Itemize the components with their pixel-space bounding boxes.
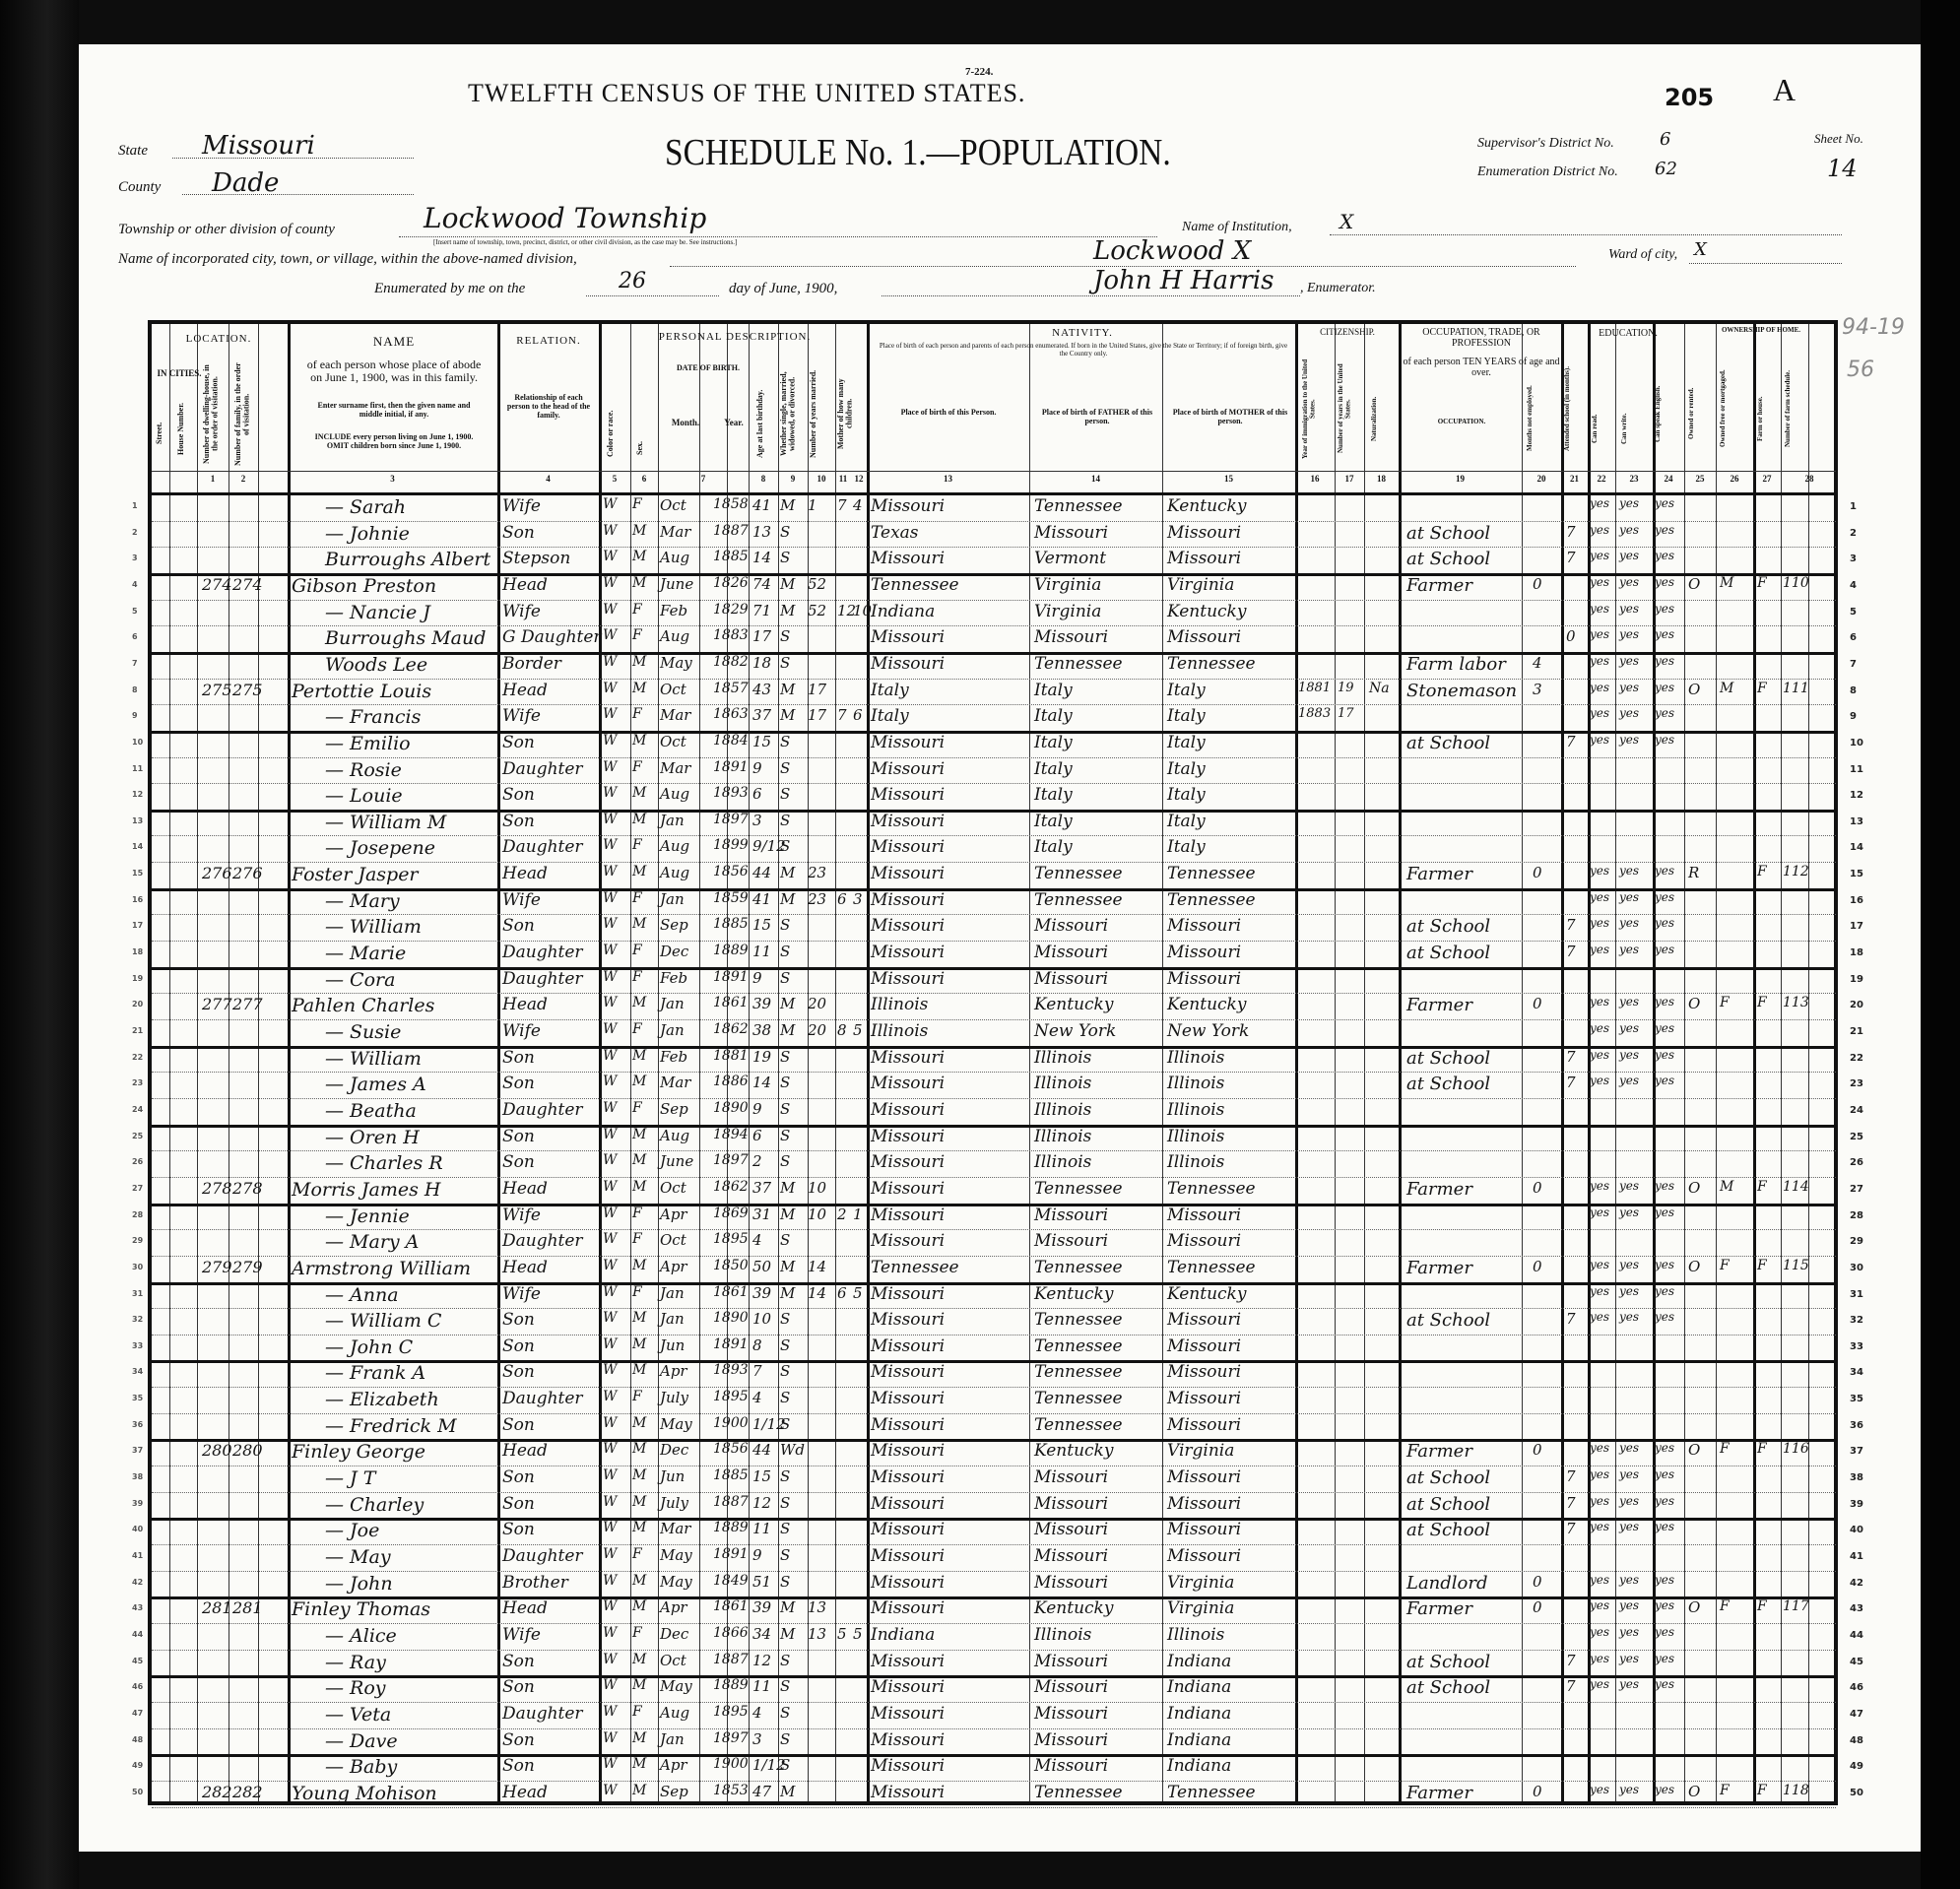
line-number: 40 (1850, 1525, 1863, 1535)
occupation: Farm labor (1406, 654, 1506, 675)
age: 6 (752, 785, 762, 803)
sex: M (632, 733, 646, 749)
birth-year: 1891 (713, 969, 749, 985)
marital-status: S (780, 549, 790, 566)
header-mother-of: Mother of how many children. (837, 364, 863, 463)
birthplace-father: Tennessee (1034, 890, 1123, 910)
children-living: 5 (853, 1284, 863, 1302)
enumeration-label: Enumeration District No. (1477, 164, 1618, 180)
line-number-left: 13 (132, 816, 143, 825)
person-name: — Emilio (325, 733, 411, 754)
color: W (603, 1652, 617, 1667)
column-number-5: 5 (599, 475, 630, 485)
can-write: yes (1619, 733, 1639, 747)
color: W (603, 785, 617, 801)
relation: Son (502, 1074, 535, 1093)
marital-status: S (780, 1389, 790, 1406)
farm-schedule-number: 111 (1783, 681, 1809, 696)
ward-label: Ward of city, (1608, 247, 1677, 263)
mother-of-children: 6 (837, 890, 847, 908)
relation: Son (502, 812, 535, 831)
birthplace-person: Italy (871, 681, 909, 700)
person-name: — Rosie (325, 759, 402, 781)
farm-schedule-number: 113 (1783, 995, 1809, 1010)
years-in-us: 19 (1338, 681, 1354, 695)
birthplace-person: Missouri (871, 1284, 945, 1304)
relation: Son (502, 523, 535, 543)
row-divider (152, 1282, 1836, 1285)
free-or-mortgaged: F (1720, 1783, 1730, 1798)
age: 74 (752, 575, 771, 593)
relation: Son (502, 785, 535, 805)
owned-or-rented: O (1688, 1258, 1700, 1275)
line-number-left: 38 (132, 1472, 143, 1481)
birthplace-mother: Italy (1167, 733, 1206, 752)
row-divider (152, 835, 1836, 836)
birthplace-mother: Illinois (1167, 1100, 1224, 1120)
occupation: at School (1406, 943, 1490, 963)
birth-month: June (660, 575, 693, 593)
header-name: NAME (291, 335, 497, 349)
line-number-left: 25 (132, 1132, 143, 1140)
line-number: 46 (1850, 1682, 1863, 1693)
birthplace-mother: Missouri (1167, 1389, 1241, 1408)
birth-month: Jan (660, 1310, 685, 1328)
birth-month: Jan (660, 890, 685, 908)
can-write: yes (1619, 706, 1639, 720)
birthplace-person: Missouri (871, 837, 945, 857)
family-number: 275 (232, 681, 263, 699)
color: W (603, 1362, 617, 1378)
column-divider (1029, 324, 1030, 1801)
row-divider (152, 1072, 1836, 1073)
birthplace-father: Missouri (1034, 1494, 1108, 1514)
color: W (603, 759, 617, 775)
can-speak-english: yes (1655, 1179, 1674, 1193)
color: W (603, 1127, 617, 1142)
sex: F (632, 496, 642, 512)
relation: Head (502, 575, 548, 595)
sex: M (632, 523, 646, 539)
header-month: Month. (662, 419, 709, 428)
can-write: yes (1619, 916, 1639, 930)
dwelling-number: 278 (202, 1179, 232, 1198)
birthplace-father: Missouri (1034, 1730, 1108, 1750)
can-read: yes (1590, 575, 1609, 589)
sex: F (632, 969, 642, 985)
can-speak-english: yes (1655, 1467, 1674, 1481)
line-number: 7 (1850, 659, 1857, 670)
row-divider (152, 1544, 1836, 1545)
birth-year: 1885 (713, 1467, 749, 1483)
color: W (603, 837, 617, 853)
birthplace-mother: Kentucky (1167, 995, 1246, 1014)
birthplace-father: Missouri (1034, 1520, 1108, 1539)
age: 8 (752, 1336, 762, 1354)
header-age: Age at last birthday. (756, 379, 776, 468)
birthplace-father: Italy (1034, 812, 1073, 831)
can-read: yes (1590, 943, 1609, 956)
color: W (603, 812, 617, 827)
schedule-title: SCHEDULE No. 1.—POPULATION. (665, 131, 1171, 174)
row-divider (152, 1623, 1836, 1624)
can-write: yes (1619, 1021, 1639, 1035)
line-number: 49 (1850, 1761, 1863, 1772)
person-name: Young Mohison (292, 1783, 437, 1804)
birthplace-person: Missouri (871, 1179, 945, 1199)
column-number-23: 23 (1615, 475, 1653, 485)
line-number: 45 (1850, 1657, 1863, 1667)
person-name: — Baby (325, 1756, 397, 1778)
column-number-16: 16 (1295, 475, 1335, 485)
color: W (603, 706, 617, 722)
age: 31 (752, 1205, 771, 1223)
line-number-left: 8 (132, 685, 138, 694)
can-read: yes (1590, 890, 1609, 904)
farm-or-house: F (1757, 681, 1767, 696)
can-speak-english: yes (1655, 943, 1674, 956)
years-married: 20 (808, 1021, 826, 1039)
birthplace-mother: Virginia (1167, 1441, 1234, 1461)
marital-status: S (780, 1100, 790, 1118)
farm-schedule-number: 118 (1783, 1783, 1809, 1798)
birth-month: Jan (660, 1021, 685, 1039)
birthplace-person: Missouri (871, 1074, 945, 1093)
line-number-left: 46 (132, 1682, 143, 1691)
age: 13 (752, 523, 771, 541)
attended-school: 7 (1566, 1467, 1576, 1485)
marital-status: S (780, 1756, 790, 1774)
person-name: — William (325, 916, 422, 938)
birth-year: 1850 (713, 1258, 749, 1273)
marital-status: S (780, 1494, 790, 1512)
line-number: 35 (1850, 1394, 1863, 1404)
can-write: yes (1619, 890, 1639, 904)
birth-month: June (660, 1152, 693, 1170)
birth-year: 1826 (713, 575, 749, 591)
children-living: 5 (853, 1021, 863, 1039)
attended-school: 7 (1566, 1310, 1576, 1328)
relation: Head (502, 864, 548, 883)
can-speak-english: yes (1655, 575, 1674, 589)
can-write: yes (1619, 1494, 1639, 1508)
birthplace-mother: Illinois (1167, 1127, 1224, 1146)
attended-school: 7 (1566, 523, 1576, 541)
attended-school: 0 (1566, 627, 1576, 645)
header-occupation: OCCUPATION. (1403, 419, 1521, 426)
age: 44 (752, 864, 771, 881)
can-write: yes (1619, 943, 1639, 956)
color: W (603, 943, 617, 958)
occupation: Farmer (1406, 575, 1472, 596)
can-read: yes (1590, 1021, 1609, 1035)
relation: Daughter (502, 1704, 583, 1724)
color: W (603, 1494, 617, 1510)
line-number: 23 (1850, 1078, 1863, 1089)
birthplace-person: Missouri (871, 1205, 945, 1225)
line-number: 13 (1850, 816, 1863, 827)
birthplace-mother: Indiana (1167, 1756, 1231, 1776)
person-name: — Sarah (325, 496, 406, 518)
line-number-left: 31 (132, 1289, 143, 1298)
birthplace-father: Missouri (1034, 1231, 1108, 1251)
age: 41 (752, 890, 771, 908)
months-unemployed: 0 (1533, 575, 1542, 593)
birthplace-person: Missouri (871, 785, 945, 805)
years-married: 14 (808, 1258, 826, 1275)
color: W (603, 654, 617, 670)
relation: Daughter (502, 969, 583, 989)
age: 4 (752, 1389, 762, 1406)
age: 43 (752, 681, 771, 698)
birthplace-person: Missouri (871, 1546, 945, 1566)
person-name: — Elizabeth (325, 1389, 439, 1410)
birthplace-father: Missouri (1034, 1704, 1108, 1724)
row-divider (152, 1308, 1836, 1309)
marital-status: S (780, 1467, 790, 1485)
birthplace-mother: Indiana (1167, 1652, 1231, 1671)
birth-month: Dec (660, 1441, 688, 1459)
relation: Daughter (502, 943, 583, 962)
family-number: 281 (232, 1598, 263, 1617)
header-personal-description: PERSONAL DESCRIPTION. (603, 331, 867, 343)
can-speak-english: yes (1655, 1258, 1674, 1271)
form-code: 7-224. (965, 66, 993, 78)
birthplace-mother: Indiana (1167, 1704, 1231, 1724)
birth-month: Oct (660, 681, 686, 698)
line-number: 20 (1850, 1000, 1863, 1010)
line-number: 27 (1850, 1184, 1863, 1195)
marital-status: S (780, 733, 790, 750)
can-speak-english: yes (1655, 1205, 1674, 1219)
row-divider (152, 1781, 1836, 1782)
header-citizenship: CITIZENSHIP. (1298, 328, 1397, 338)
person-name: — James A (325, 1074, 426, 1095)
occupation: at School (1406, 733, 1490, 753)
birthplace-father: Tennessee (1034, 496, 1123, 516)
marital-status: S (780, 1730, 790, 1748)
can-read: yes (1590, 1520, 1609, 1533)
can-read: yes (1590, 602, 1609, 616)
can-read: yes (1590, 995, 1609, 1009)
birthplace-father: Kentucky (1034, 995, 1113, 1014)
birthplace-mother: Missouri (1167, 1310, 1241, 1330)
person-name: — William C (325, 1310, 441, 1332)
can-speak-english: yes (1655, 1310, 1674, 1324)
birthplace-father: Missouri (1034, 969, 1108, 989)
enumerator-label: , Enumerator. (1300, 281, 1376, 296)
birthplace-father: Illinois (1034, 1127, 1091, 1146)
can-read: yes (1590, 864, 1609, 878)
months-unemployed: 3 (1533, 681, 1542, 698)
birth-month: Sep (660, 1783, 688, 1800)
line-number: 47 (1850, 1709, 1863, 1720)
years-married: 13 (808, 1625, 826, 1643)
person-name: — Jennie (325, 1205, 410, 1227)
row-divider (152, 1650, 1836, 1651)
relation: Son (502, 1152, 535, 1172)
birth-month: Oct (660, 496, 686, 514)
relation: Wife (502, 706, 541, 726)
years-married: 13 (808, 1598, 826, 1616)
birth-month: Jan (660, 1730, 685, 1748)
column-number-3: 3 (288, 475, 497, 485)
color: W (603, 1415, 617, 1431)
birthplace-person: Missouri (871, 549, 945, 568)
relation: Head (502, 1258, 548, 1277)
person-name: Pertottie Louis (292, 681, 431, 702)
column-divider (1753, 324, 1756, 1801)
birthplace-person: Tennessee (871, 575, 959, 595)
birthplace-father: Italy (1034, 733, 1073, 752)
farm-schedule-number: 116 (1783, 1441, 1809, 1457)
birthplace-person: Missouri (871, 1415, 945, 1435)
birthplace-mother: Missouri (1167, 916, 1241, 936)
row-divider (152, 679, 1836, 680)
relation: Son (502, 1494, 535, 1514)
can-write: yes (1619, 1625, 1639, 1639)
birthplace-father: Tennessee (1034, 1310, 1123, 1330)
header-street: Street. (156, 399, 169, 468)
birth-year: 1891 (713, 759, 749, 775)
sex: M (632, 681, 646, 696)
column-number-7: 7 (658, 475, 749, 485)
birthplace-person: Illinois (871, 1021, 928, 1041)
attended-school: 7 (1566, 1494, 1576, 1512)
birth-year: 1887 (713, 523, 749, 539)
marital-status: M (780, 1284, 795, 1302)
sex: M (632, 1467, 646, 1483)
column-number-17: 17 (1335, 475, 1364, 485)
can-read: yes (1590, 1074, 1609, 1087)
row-divider (152, 1518, 1836, 1521)
row-divider (152, 1256, 1836, 1257)
person-name: — Nancie J (325, 602, 430, 623)
can-read: yes (1590, 549, 1609, 562)
sex: M (632, 1756, 646, 1772)
row-divider (152, 862, 1836, 863)
line-number: 12 (1850, 790, 1863, 801)
header-sex: Sex. (636, 433, 654, 463)
owned-or-rented: O (1688, 1179, 1700, 1197)
person-name: — Louie (325, 785, 403, 807)
sex: M (632, 1310, 646, 1326)
can-speak-english: yes (1655, 995, 1674, 1009)
birth-year: 1887 (713, 1652, 749, 1667)
person-name: — Roy (325, 1677, 386, 1699)
line-number-left: 29 (132, 1236, 143, 1245)
birth-month: Feb (660, 1048, 687, 1066)
marital-status: S (780, 627, 790, 645)
age: 44 (752, 1441, 771, 1459)
can-speak-english: yes (1655, 1677, 1674, 1691)
birthplace-person: Missouri (871, 864, 945, 883)
can-speak-english: yes (1655, 1494, 1674, 1508)
birth-month: Oct (660, 1231, 686, 1249)
header-birth-person: Place of birth of this Person. (875, 409, 1022, 418)
birthplace-person: Missouri (871, 1652, 945, 1671)
color: W (603, 1730, 617, 1746)
age: 50 (752, 1258, 771, 1275)
person-name: — J T (325, 1467, 375, 1489)
row-divider (152, 1098, 1836, 1099)
header-free-mortgaged: Owned free or mortgaged. (1720, 355, 1749, 463)
months-unemployed: 0 (1533, 1179, 1542, 1197)
birth-year: 1895 (713, 1704, 749, 1720)
relation: Son (502, 916, 535, 936)
relation: Head (502, 681, 548, 700)
line-number: 10 (1850, 738, 1863, 749)
birth-year: 1893 (713, 1362, 749, 1378)
ward-value: X (1694, 239, 1707, 260)
years-married: 52 (808, 575, 826, 593)
birthplace-mother: Kentucky (1167, 496, 1246, 516)
ward-line (1689, 263, 1842, 264)
age: 37 (752, 706, 771, 724)
birth-month: Aug (660, 627, 689, 645)
can-write: yes (1619, 1284, 1639, 1298)
header-ownership: OWNERSHIP OF HOME. (1686, 327, 1836, 335)
line-number: 5 (1850, 607, 1857, 618)
birthplace-father: Illinois (1034, 1100, 1091, 1120)
relation: Stepson (502, 549, 570, 568)
birth-year: 1829 (713, 602, 749, 618)
sex: M (632, 995, 646, 1010)
line-number-left: 43 (132, 1603, 143, 1612)
years-married: 52 (808, 602, 826, 619)
color: W (603, 1179, 617, 1195)
birth-year: 1891 (713, 1546, 749, 1562)
birth-year: 1897 (713, 1730, 749, 1746)
line-number-left: 23 (132, 1078, 143, 1087)
can-read: yes (1590, 916, 1609, 930)
can-read: yes (1590, 1179, 1609, 1193)
birth-year: 1863 (713, 706, 749, 722)
sex: M (632, 916, 646, 932)
birth-month: July (660, 1494, 688, 1512)
header-relation: RELATION. (500, 335, 597, 347)
relation: Daughter (502, 1100, 583, 1120)
birthplace-father: Missouri (1034, 1756, 1108, 1776)
birthplace-person: Missouri (871, 654, 945, 674)
person-name: — John (325, 1573, 393, 1595)
city-value: Lockwood X (1093, 236, 1251, 266)
birth-year: 1899 (713, 837, 749, 853)
birth-year: 1856 (713, 864, 749, 879)
line-number: 3 (1850, 554, 1857, 564)
birthplace-person: Illinois (871, 995, 928, 1014)
age: 37 (752, 1179, 771, 1197)
supervisor-value: 6 (1660, 129, 1670, 150)
birthplace-mother: Missouri (1167, 1520, 1241, 1539)
page-number: 205 (1665, 84, 1714, 111)
birth-month: Oct (660, 733, 686, 750)
marital-status: S (780, 812, 790, 829)
marital-status: S (780, 759, 790, 777)
age: 9 (752, 759, 762, 777)
column-number-10: 10 (808, 475, 835, 485)
line-number: 24 (1850, 1105, 1863, 1116)
row-divider (152, 1413, 1836, 1414)
state-value: Missouri (202, 131, 315, 161)
marital-status: S (780, 1677, 790, 1695)
dwelling-number: 281 (202, 1598, 232, 1617)
color: W (603, 890, 617, 906)
birthplace-father: Italy (1034, 837, 1073, 857)
children-living: 3 (853, 890, 863, 908)
marital-status: S (780, 969, 790, 987)
column-number-6: 6 (630, 475, 658, 485)
